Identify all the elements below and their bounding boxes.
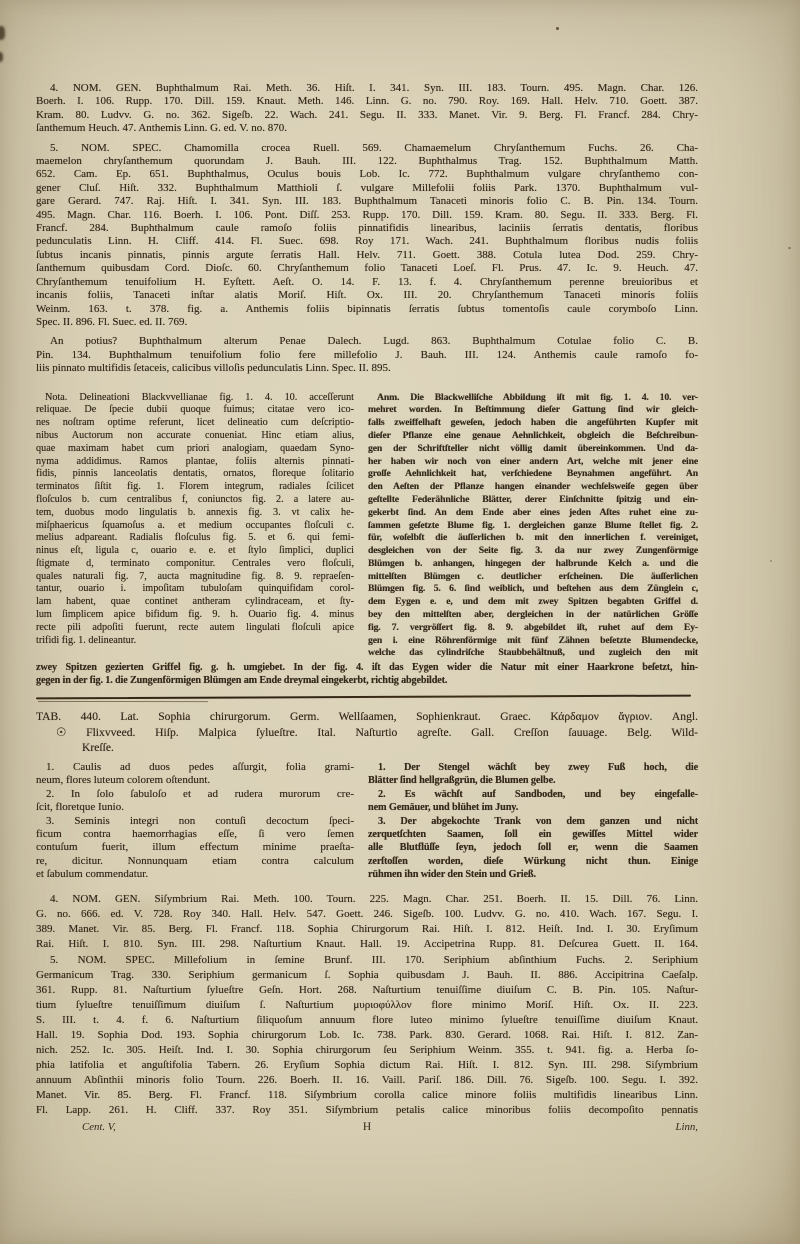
text-line: terminatos ſiſtit fig. 1. Florem integru… [36,481,354,494]
nom-spec-buphthalmum-paragraph: 5. NOM. SPEC. Chamomilla crocea Ruell. 5… [36,142,698,330]
text-line: den Aeſten der Pflanze hangen einander w… [368,481,698,494]
text-line: gare Gerard. 747. Raj. Hiſt. I. 341. Syn… [36,195,698,208]
anm-german-overflow: zwey Spitzen gezierten Griffel fig. g. h… [36,661,698,687]
text-line: Boerh. I. 106. Rupp. 170. Dill. 159. Kna… [36,95,698,108]
text-line: gekerbt ſind. An dem Ende aber eines jed… [368,507,698,520]
text-line: gener Cluſ. Hiſt. 332. Buphthalmum Matth… [36,182,698,195]
text-line: liis pinnato multifidis ſetaceis, calici… [36,362,698,375]
text-line: 361. Rupp. 81. Naſturtium ſylueſtre Geſn… [36,983,698,998]
text-line: ſammen geſetzte Blume fig. 1. dergleiche… [368,520,698,533]
nom-gen-buphthalmum-paragraph: 4. NOM. GEN. Buphthalmum Rai. Meth. 36. … [36,82,698,136]
text-line: ninus eſt, ligula c, ouario e. e. et ſty… [36,545,354,558]
anm-german-column: Anm. Die Blackwelliſche Abbildung iſt mi… [368,392,698,661]
text-line: incanis foliis, Tanaceti inſtar alatis M… [36,289,698,302]
latin-item-1: 1. Caulis ad duos pedes aſſurgit, folia … [36,761,354,788]
german-item-1: 1. Der Stengel wächſt bey zwey Fuß hoch,… [368,761,698,788]
text-line: für, woſelbſt die äuſſerlichen b. mit de… [368,532,698,545]
text-line: falls zweiffelhaft geweſen, jedoch haben… [368,417,698,430]
buphthalmum-section: 4. NOM. GEN. Buphthalmum Rai. Meth. 36. … [36,82,698,376]
tab-440-heading: TAB. 440. Lat. Sophia chirurgorum. Germ.… [36,709,698,756]
text-line: 1. Caulis ad duos pedes aſſurgit, folia … [36,761,354,774]
book-page-scan: 4. NOM. GEN. Buphthalmum Rai. Meth. 36. … [0,0,800,1244]
sophia-items-columns: 1. Caulis ad duos pedes aſſurgit, folia … [36,761,698,882]
text-line: Francf. 284. Buphthalmum caule ramoſo fo… [36,222,698,235]
text-line: miſphaericus ſquamoſus a. et medium occu… [36,520,354,533]
text-line: dieſer Pflanze eine genaue Aehnlichkeit,… [368,430,698,443]
text-line: tantur, ouario i. impoſitam tubuloſam qu… [36,583,354,596]
latin-item-3: 3. Seminis integri non contuſi decoctum … [36,815,354,882]
text-line: gen i. eine Röhrenförmige mit fünf Zähne… [368,635,698,648]
text-line: contuſum fuerit, illum effectum minime p… [36,841,354,854]
text-line: tium ſylueſtre tenuiſſimum diuiſum ſ. Na… [36,998,698,1013]
text-line: ſtigmate d, terminato componitur. Centra… [36,558,354,571]
text-line: 2. Es wächſt auf Sandboden, und bey eing… [368,788,698,801]
text-line: Nota. Delineationi Blackvvellianae fig. … [36,392,354,405]
text-line: groſſe Aehnlichkeit hat, verſchiedene Be… [368,468,698,481]
text-line: nich. 252. Ic. 305. Heiſt. Ind. I. 30. S… [36,1043,698,1058]
text-line: geſtellte Federähnliche Blätter, derer E… [368,494,698,507]
german-item-3: 3. Der abgekochte Trank von dem ganzen u… [368,815,698,882]
section-divider-rule [36,695,691,700]
scan-edge-blot [0,26,5,40]
text-line: floſculos b. cum centralibus f, coniunct… [36,494,354,507]
sophia-items-latin-column: 1. Caulis ad duos pedes aſſurgit, folia … [36,761,354,882]
text-line: Blätter ſind hellgraßgrün, die Blumen ge… [368,774,698,787]
text-line: nibus Auctorum non accurate conueniat. H… [36,430,354,443]
text-line: lam habent, quae continet antheram cylin… [36,596,354,609]
gathering-signature: H [363,1121,371,1133]
text-line: quales naturali fig. 7, aucta magnitudin… [36,571,354,584]
text-line: lum ſimplicem apice bifidum fig. 9. h. O… [36,609,354,622]
text-line: fidis, pinnis lanceolatis dentatis, orna… [36,468,354,481]
nota-anm-columns: Nota. Delineationi Blackvvellianae fig. … [36,392,698,661]
ink-speck [556,27,559,30]
ink-speck [770,560,772,562]
nom-spec-sisymbrium-paragraph: 5. NOM. SPEC. Millefolium in ſemine Brun… [36,953,698,1118]
text-line: 4. NOM. GEN. Buphthalmum Rai. Meth. 36. … [36,82,698,95]
text-line: zerquetſchten Saamen, ſoll ein gewiſſes … [368,828,698,841]
text-line: Pin. 134. Buphthalmum tenuifolium folio … [36,349,698,362]
text-line: 3. Seminis integri non contuſi decoctum … [36,815,354,828]
text-line: neum, flores luteum colorem oſtendunt. [36,774,354,787]
text-line: Kreſſe. [36,740,698,756]
text-line: nem Gemäuer, und blühet im Juny. [368,801,698,814]
text-line: 2. In ſolo ſabuloſo et ad rudera murorum… [36,788,354,801]
text-line: melius adpareant. Radialis floſculus fig… [36,532,354,545]
german-item-2: 2. Es wächſt auf Sandboden, und bey eing… [368,788,698,815]
text-line: ☉ Flixvveed. Hiſp. Malpica ſylueſtre. It… [36,725,698,741]
text-line: 389. Manet. Vir. 85. Berg. Fl. Francf. 1… [36,922,698,937]
text-line: reliquae. De ſpecie dubii quoque fuimus;… [36,404,354,417]
text-line: Blümgen fig. 5. 6. ſind weiblich, und be… [368,583,698,596]
reference-continuation: Cent. V, [82,1121,116,1133]
nom-gen-sisymbrium-paragraph: 4. NOM. GEN. Siſymbrium Rai. Meth. 100. … [36,892,698,952]
text-line: ficum contra haemorrhagias eſſe, ſi vero… [36,828,354,841]
text-line: Chryſanthemum tenuifolium H. Eyſtett. Ae… [36,276,698,289]
text-line: mehret worden. In Beſtimmung dieſer Gatt… [368,404,698,417]
text-line: gegen in der fig. 1. die Zungenförmigen … [36,674,698,687]
text-line: ſcit, floretque Iunio. [36,801,354,814]
text-line: annuum Abſinthii minoris folio Tourn. 22… [36,1073,698,1088]
text-line: dem Eygen e. e, und dem mit zwey Spitzen… [368,596,698,609]
text-line: Spec. II. 896. Fl. Suec. ed. II. 769. [36,316,698,329]
text-line: Rai. Hiſt. I. 810. Syn. III. 298. Naſtur… [36,937,698,952]
text-line: her haben wir noch von einer andern Art,… [368,456,698,469]
text-line: 495. Magn. Char. 116. Boerh. I. 106. Pon… [36,209,698,222]
text-line: nyma addidimus. Ramos plantae, foliis al… [36,456,354,469]
text-line: welche das cylindriſche Staubbehältnuß, … [368,647,698,660]
text-line: Manet. Vir. 85. Berg. Fl. Francf. 118. S… [36,1088,698,1103]
text-line: bey den mittelſten aber, dergleichen in … [368,609,698,622]
text-line: ſanthemum quibusdam Cord. Dioſc. 60. Chr… [36,262,698,275]
text-line: ſanthemum Heuch. 47. Anthemis Linn. G. e… [36,122,698,135]
text-line: 5. NOM. SPEC. Millefolium in ſemine Brun… [36,953,698,968]
text-line: nes noſtram optime referunt, licet delin… [36,417,354,430]
text-line: zwey Spitzen gezierten Griffel fig. g. h… [36,661,698,674]
sisymbrium-section: 4. NOM. GEN. Siſymbrium Rai. Meth. 100. … [36,892,698,1118]
text-line: 5. NOM. SPEC. Chamomilla crocea Ruell. 5… [36,142,698,155]
text-line: Fl. Lapp. 261. H. Cliff. 337. Roy 351. S… [36,1103,698,1118]
text-line: 1. Der Stengel wächſt bey zwey Fuß hoch,… [368,761,698,774]
text-block: 4. NOM. GEN. Buphthalmum Rai. Meth. 36. … [36,82,698,1137]
text-line: S. III. t. 4. f. 6. Naſturtium ſiliquoſu… [36,1013,698,1028]
text-line: fig. 7. vergröſſert fig. 8. 9. abgebilde… [368,622,698,635]
text-line: maemelon chryſanthemum quorundam J. Bauh… [36,155,698,168]
text-line: 4. NOM. GEN. Siſymbrium Rai. Meth. 100. … [36,892,698,907]
text-line: tem, duobus modo lingulatis b. annexis f… [36,507,354,520]
nota-latin-column: Nota. Delineationi Blackvvellianae fig. … [36,392,354,661]
text-line: recte pili adpoſiti fuerunt, recte autem… [36,622,354,635]
text-line: re, dicitur. Nonnunquam etiam contra cal… [36,855,354,868]
text-line: ſubtus incanis pinnatis, pinnis argute ſ… [36,249,698,262]
text-line: 3. Der abgekochte Trank von dem ganzen u… [368,815,698,828]
text-line: desgleichen von der Seite fig. 3. da nur… [368,545,698,558]
scan-edge-blot [0,52,3,62]
ink-speck [788,247,791,249]
text-line: Hall. 19. Sophia Dod. 193. Sophia chirur… [36,1028,698,1043]
text-line: pedunculatis Linn. H. Cliff. 414. Fl. Su… [36,235,698,248]
text-line: G. no. 666. ed. V. 728. Roy 340. Hall. H… [36,907,698,922]
catchword: Linn, [675,1121,698,1133]
text-line: TAB. 440. Lat. Sophia chirurgorum. Germ.… [36,709,698,725]
latin-item-2: 2. In ſolo ſabuloſo et ad rudera murorum… [36,788,354,815]
text-line: Kram. 80. Ludvv. G. no. 362. Sigeſb. 22.… [36,109,698,122]
text-line: alle Blutflüſſe ſeyn, jedoch ſoll er, we… [368,841,698,854]
text-line: quae maximam habet cum priori analogiam,… [36,443,354,456]
page-footer: Cent. V, H Linn, [36,1121,698,1137]
text-line: phia latifolia et anguſtifolia Tabern. 2… [36,1058,698,1073]
text-line: et ſabulum commendatur. [36,868,354,881]
text-line: Weinm. 163. t. 378. fig. a. Anthemis fol… [36,303,698,316]
an-potius-paragraph: An potius? Buphthalmum alterum Penae Dal… [36,335,698,375]
text-line: Blümgen b. anhangen, hingegen der halbru… [368,558,698,571]
text-line: zerſtoſſen worden, dieſe Würkung nicht t… [368,855,698,868]
text-line: mittelſten Blümgen c. deutlicher erſchei… [368,571,698,584]
text-line: trifidi fig. 1. delineantur. [36,635,354,648]
sophia-items-german-column: 1. Der Stengel wächſt bey zwey Fuß hoch,… [368,761,698,882]
text-line: rühmen ihn wider den Stein und Grieß. [368,868,698,881]
text-line: 652. Cam. Ep. 651. Buphthalmus, Oculus b… [36,168,698,181]
text-line: gen der Schriftſteller nicht völlig dami… [368,443,698,456]
text-line: Anm. Die Blackwelliſche Abbildung iſt mi… [368,392,698,405]
text-line: An potius? Buphthalmum alterum Penae Dal… [36,335,698,348]
text-line: Germanicum Trag. 330. Seriphium germanic… [36,968,698,983]
